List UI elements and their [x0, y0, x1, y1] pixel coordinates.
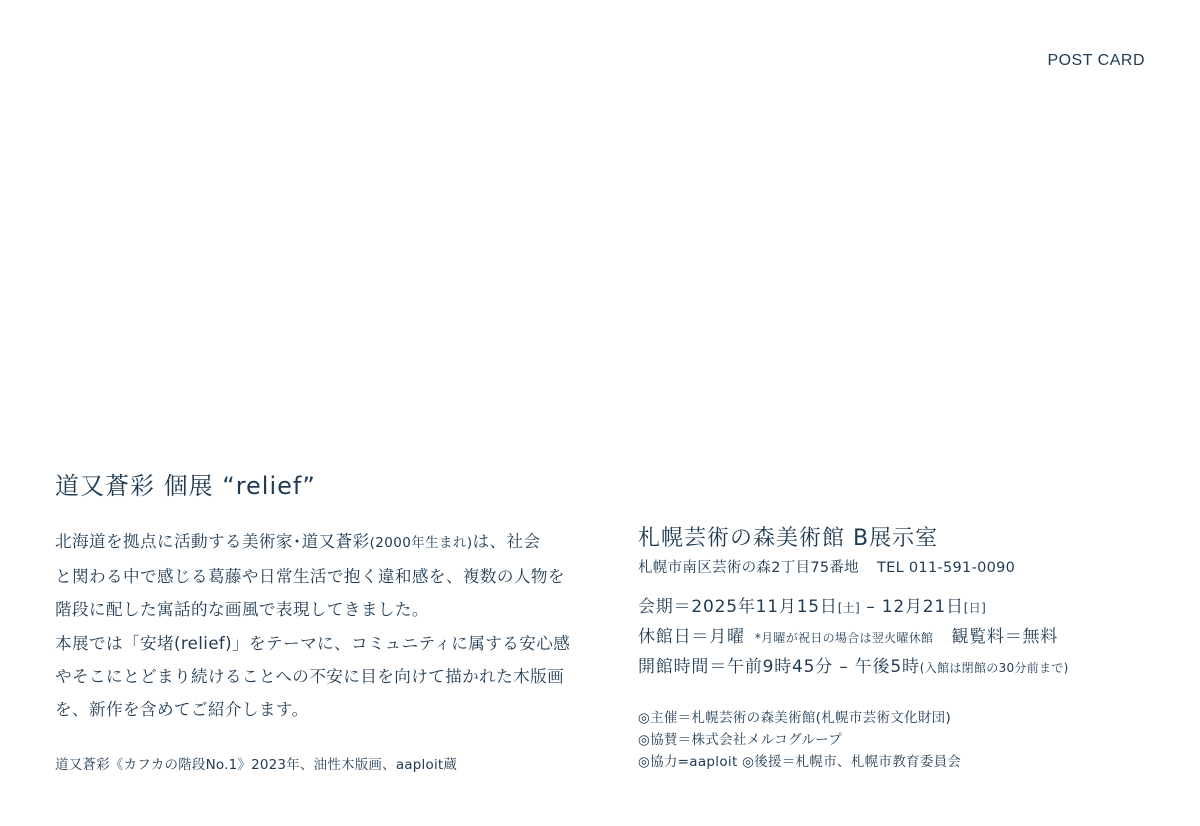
- exhibition-description: 北海道を拠点に活動する美術家･道又蒼彩(2000年生まれ)は、社会 と関わる中で…: [55, 525, 615, 726]
- exhibition-period: 会期＝2025年11月15日[土] – 12月21日[日]: [638, 593, 1069, 623]
- organizer-credit: ◎主催＝札幌芸術の森美術館(札幌市芸術文化財団): [638, 707, 961, 729]
- postcard-label: POST CARD: [1047, 52, 1145, 70]
- credits-block: ◎主催＝札幌芸術の森美術館(札幌市芸術文化財団) ◎協賛＝株式会社メルコグループ…: [638, 707, 961, 773]
- closed-days-and-fee: 休館日＝月曜*月曜が祝日の場合は翌火曜休館観覧料＝無料: [638, 623, 1069, 653]
- description-text: 北海道を拠点に活動する美術家･道又蒼彩: [55, 532, 370, 551]
- description-line: を、新作を含めてご紹介します。: [55, 693, 615, 726]
- closed-days: 休館日＝月曜: [638, 627, 745, 647]
- description-line: 北海道を拠点に活動する美術家･道又蒼彩(2000年生まれ)は、社会: [55, 525, 615, 560]
- description-line: やそこにとどまり続けることへの不安に目を向けて描かれた木版画: [55, 660, 615, 693]
- hours-note: (入館は閉館の30分前まで): [920, 661, 1069, 675]
- description-line: 階段に配した寓話的な画風で表現してきました。: [55, 593, 615, 626]
- venue-block: 札幌芸術の森美術館 B展示室 札幌市南区芸術の森2丁目75番地TEL 011-5…: [638, 524, 1015, 578]
- period-start: 会期＝2025年11月15日: [638, 597, 838, 617]
- description-line: と関わる中で感じる葛藤や日常生活で抱く違和感を、複数の人物を: [55, 560, 615, 593]
- exhibition-title: 道又蒼彩 個展 “relief”: [55, 466, 316, 501]
- venue-address-line: 札幌市南区芸術の森2丁目75番地TEL 011-591-0090: [638, 558, 1015, 578]
- closed-days-note: *月曜が祝日の場合は翌火曜休館: [755, 631, 934, 645]
- period-end-weekday: [日]: [964, 601, 986, 615]
- artwork-caption: 道又蒼彩《カフカの階段No.1》2023年、油性木版画、aaploit蔵: [55, 753, 457, 773]
- venue-tel: TEL 011-591-0090: [877, 560, 1015, 576]
- birth-year-note: (2000年生まれ): [370, 535, 473, 551]
- cooperation-support-credit: ◎協力=aaploit ◎後援＝札幌市、札幌市教育委員会: [638, 751, 961, 773]
- venue-name: 札幌芸術の森美術館 B展示室: [638, 524, 1015, 554]
- description-text: は、社会: [472, 532, 540, 551]
- period-start-weekday: [土]: [838, 601, 860, 615]
- venue-address: 札幌市南区芸術の森2丁目75番地: [638, 560, 859, 576]
- admission-fee: 観覧料＝無料: [951, 627, 1058, 647]
- opening-hours: 開館時間＝午前9時45分 – 午後5時(入館は閉館の30分前まで): [638, 653, 1069, 683]
- description-line: 本展では「安堵(relief)」をテーマに、コミュニティに属する安心感: [55, 627, 615, 660]
- sponsor-credit: ◎協賛＝株式会社メルコグループ: [638, 729, 961, 751]
- hours: 開館時間＝午前9時45分 – 午後5時: [638, 657, 920, 677]
- schedule-block: 会期＝2025年11月15日[土] – 12月21日[日] 休館日＝月曜*月曜が…: [638, 593, 1069, 683]
- period-end: – 12月21日: [860, 597, 964, 617]
